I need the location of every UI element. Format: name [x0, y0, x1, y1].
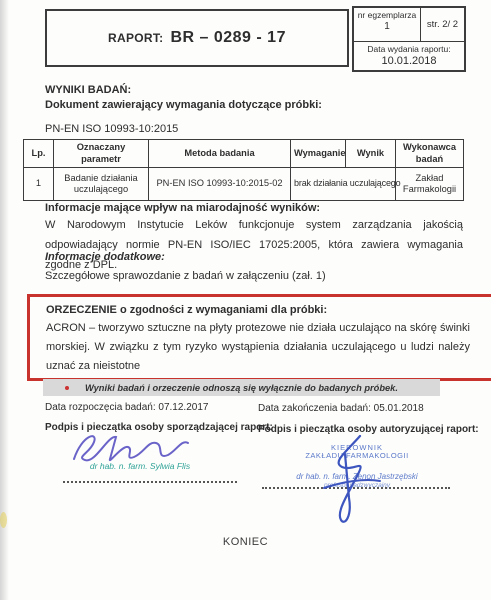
results-table: Lp. Oznaczany parametr Metoda badania Wy…: [23, 139, 464, 201]
results-standard: PN-EN ISO 10993-10:2015: [45, 122, 465, 136]
verdict-heading: ORZECZENIE o zgodności z wymaganiami dla…: [46, 304, 491, 316]
end-date: Data zakończenia badań: 05.01.2018: [258, 403, 424, 414]
cell-executor: Zakład Farmakologii: [396, 168, 464, 201]
issue-date-value: 10.01.2018: [354, 55, 464, 67]
results-title: WYNIKI BADAŃ:: [45, 83, 465, 98]
page-number-cell: str. 2/ 2: [421, 8, 464, 41]
meta-top-row: nr egzemplarza 1 str. 2/ 2: [354, 8, 464, 41]
cell-lp: 1: [24, 168, 54, 201]
results-section: WYNIKI BADAŃ: Dokument zawierający wymag…: [45, 83, 465, 136]
col-header-requirement: Wymaganie: [291, 140, 346, 168]
right-handwritten-signature: [312, 432, 382, 526]
reliability-body: W Narodowym Instytucie Leków funkcjonuje…: [45, 215, 463, 275]
table-row: 1 Badanie działania uczulającego PN-EN I…: [24, 168, 464, 201]
table-header-row: Lp. Oznaczany parametr Metoda badania Wy…: [24, 140, 464, 168]
left-signer-name: dr hab. n. farm. Sylwia Flis: [55, 461, 225, 471]
col-header-parameter: Oznaczany parametr: [54, 140, 149, 168]
cell-requirement-result: brak działania uczulającego: [291, 168, 396, 201]
col-header-result: Wynik: [346, 140, 396, 168]
red-bullet-icon: [65, 386, 69, 390]
additional-info-body: Szczegółowe sprawozdanie z badań w załąc…: [45, 270, 326, 282]
report-meta-box: nr egzemplarza 1 str. 2/ 2 Data wydania …: [352, 6, 466, 72]
additional-info-heading: Informacje dodatkowe:: [45, 251, 165, 263]
col-header-method: Metoda badania: [149, 140, 291, 168]
copy-number-label: nr egzemplarza: [354, 10, 420, 20]
disclaimer-bar: Wyniki badań i orzeczenie odnoszą się wy…: [43, 379, 440, 396]
verdict-box: ORZECZENIE o zgodności z wymaganiami dla…: [27, 294, 491, 381]
cell-parameter: Badanie działania uczulającego: [54, 168, 149, 201]
verdict-body: ACRON – tworzywo sztuczne na płyty prote…: [46, 319, 470, 376]
report-label: RAPORT:: [108, 31, 163, 45]
issue-date-label: Data wydania raportu:: [354, 44, 464, 54]
end-marker: KONIEC: [0, 536, 491, 548]
results-subtitle: Dokument zawierający wymagania dotyczące…: [45, 98, 465, 113]
scan-edge-shadow: [0, 0, 9, 600]
disclaimer-text: Wyniki badań i orzeczenie odnoszą się wy…: [85, 383, 398, 393]
report-title-box: RAPORT: BR – 0289 - 17: [45, 9, 349, 67]
start-date: Data rozpoczęcia badań: 07.12.2017: [45, 402, 208, 413]
report-number: BR – 0289 - 17: [170, 29, 286, 47]
copy-number-cell: nr egzemplarza 1: [354, 8, 421, 41]
copy-number-value: 1: [354, 21, 420, 32]
issue-date-cell: Data wydania raportu: 10.01.2018: [354, 41, 464, 70]
left-handwritten-signature: [70, 429, 200, 465]
reliability-heading: Informacje mające wpływ na miarodajność …: [45, 202, 320, 214]
col-header-executor: Wykonawca badań: [396, 140, 464, 168]
report-page: RAPORT: BR – 0289 - 17 nr egzemplarza 1 …: [0, 0, 491, 600]
cell-method: PN-EN ISO 10993-10:2015-02: [149, 168, 291, 201]
col-header-lp: Lp.: [24, 140, 54, 168]
scan-smudge: [0, 512, 7, 528]
left-signature-line: [63, 473, 237, 483]
